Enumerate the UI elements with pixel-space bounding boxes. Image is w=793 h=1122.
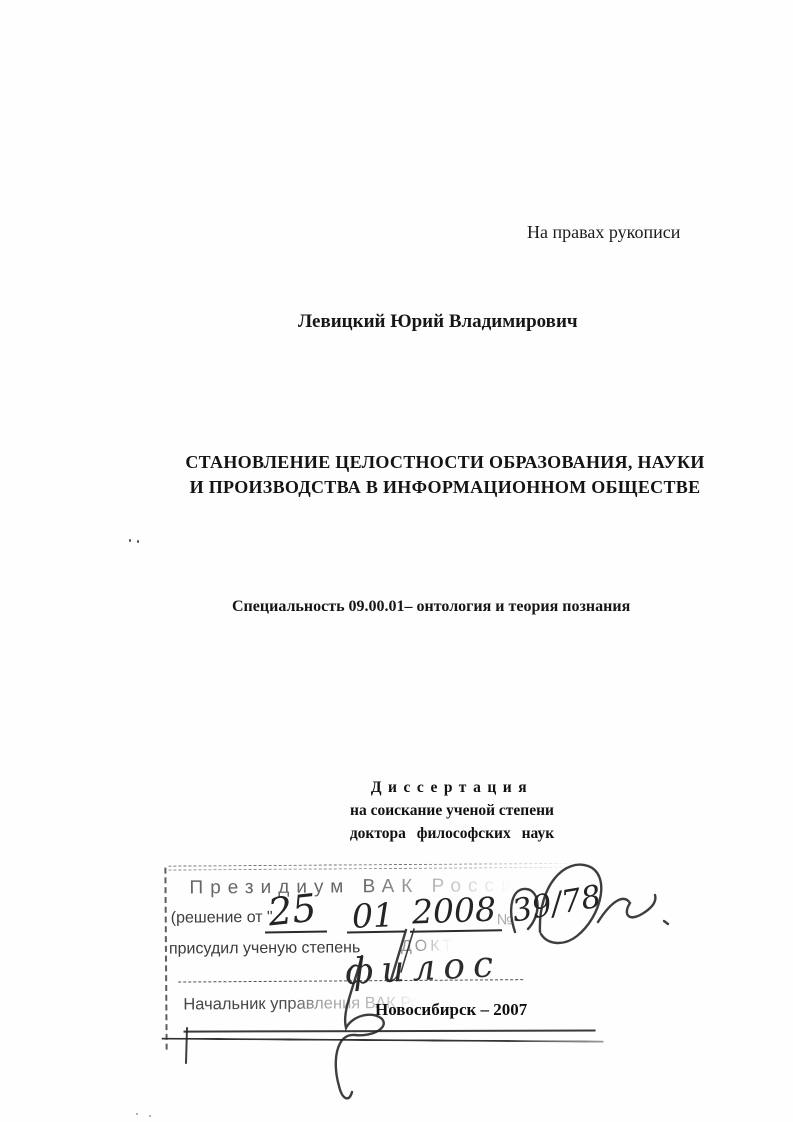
manuscript-rights-note: На правах рукописи [527, 222, 680, 243]
stamp-left-border [164, 868, 167, 1050]
handwritten-day: 25 [266, 886, 319, 935]
stamp-bottom-border-inner [184, 1030, 596, 1033]
stamp-bottom-border-outer [162, 1038, 604, 1043]
stamp-decision-label: (решение от " [171, 909, 273, 928]
degree-statement-word: Диссертация [287, 776, 617, 799]
title-line-2: И ПРОИЗВОДСТВА В ИНФОРМАЦИОННОМ ОБЩЕСТВЕ [145, 475, 745, 500]
handwritten-degree-field: филос [344, 944, 502, 993]
scan-speck [137, 540, 139, 543]
dissertation-title: СТАНОВЛЕНИЕ ЦЕЛОСТНОСТИ ОБРАЗОВАНИЯ, НАУ… [145, 450, 745, 500]
title-line-1: СТАНОВЛЕНИЕ ЦЕЛОСТНОСТИ ОБРАЗОВАНИЯ, НАУ… [145, 450, 745, 475]
city-and-year: Новосибирск – 2007 [375, 1000, 527, 1020]
scan-speck [136, 1113, 138, 1115]
degree-statement-line3: доктора философских наук [287, 822, 617, 845]
handwritten-year: 2008 [411, 890, 496, 932]
scan-speck [149, 1115, 151, 1117]
stamp-top-border [168, 863, 592, 871]
handwritten-month: 01 [351, 895, 394, 935]
scan-speck [129, 539, 131, 542]
stamp-awarded-label: присудил ученую степень [169, 939, 360, 958]
author-name: Левицкий Юрий Владимирович [298, 311, 578, 333]
signature-end-dot [664, 921, 668, 924]
stamp-number-sign: № [497, 911, 513, 928]
degree-statement: Диссертация на соискание ученой степени … [287, 776, 617, 845]
dissertation-title-page: На правах рукописи Левицкий Юрий Владими… [0, 0, 793, 1122]
degree-statement-line2: на соискание ученой степени [287, 799, 617, 822]
specialty-line: Специальность 09.00.01– онтология и теор… [232, 598, 630, 616]
